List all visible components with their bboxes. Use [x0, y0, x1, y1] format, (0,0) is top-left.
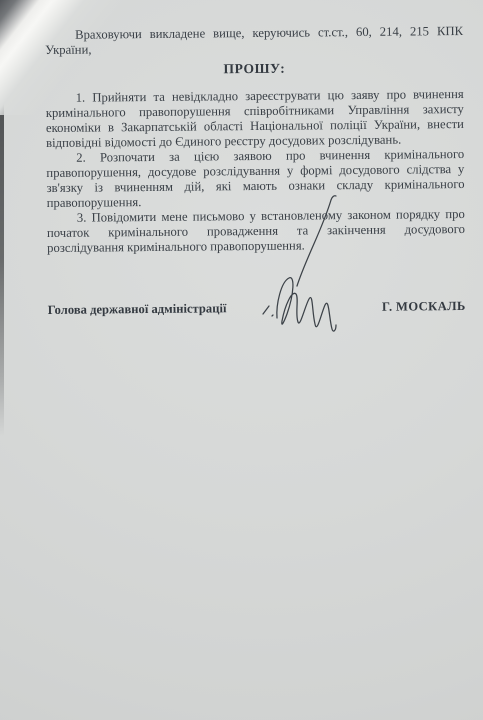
request-heading: ПРОШУ: — [45, 59, 463, 78]
handwritten-signature-icon — [250, 192, 354, 340]
document-photo: Враховуючи викладене вище, керуючись ст.… — [0, 0, 483, 720]
signatory-position: Голова державної адміністрації — [48, 301, 227, 318]
intro-paragraph: Враховуючи викладене вище, керуючись ст.… — [45, 24, 463, 58]
signatory-name: Г. МОСКАЛЬ — [382, 299, 466, 315]
numbered-paragraph-1: 1. Прийняти та невідкладно зареєструвати… — [46, 87, 465, 151]
